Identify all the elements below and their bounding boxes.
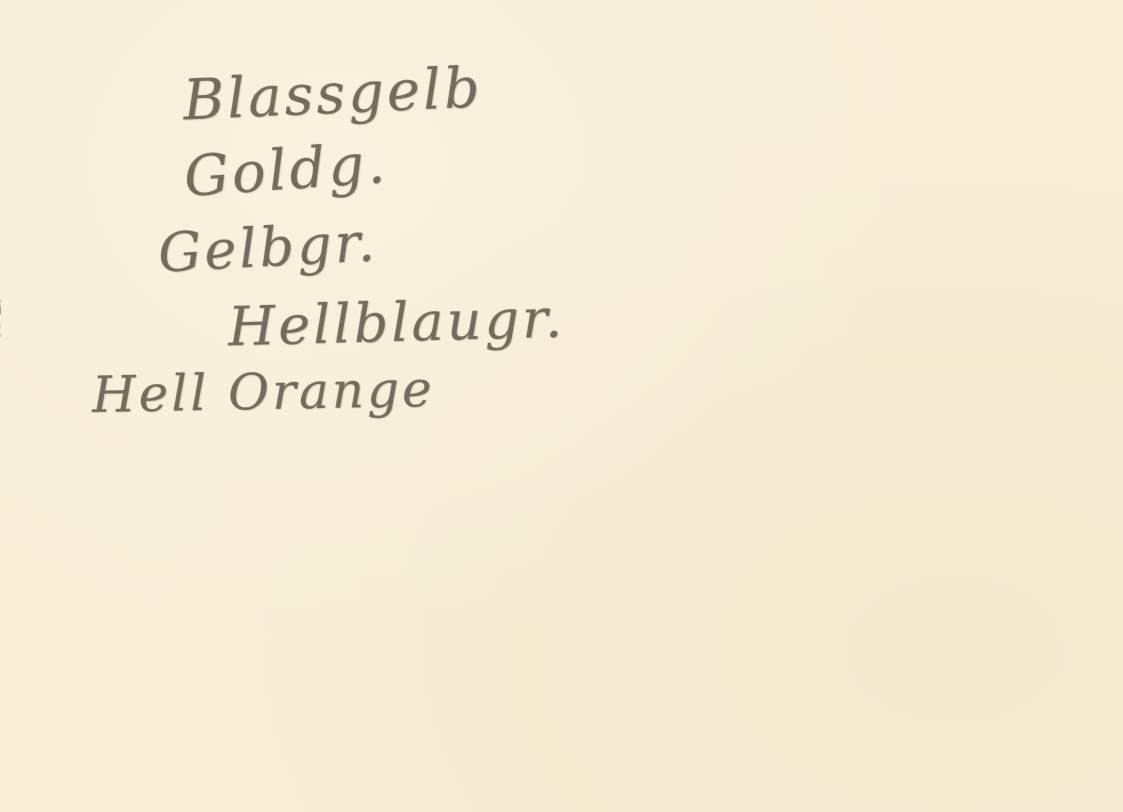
handwritten-line-goldg: Goldg.: [182, 131, 390, 210]
stray-pencil-mark-icon: [0, 298, 11, 338]
handwritten-line-hell-orange: Hell Orange: [92, 360, 436, 424]
handwritten-line-blassgelb: Blassgelb: [182, 55, 484, 133]
paper-page: Blassgelb Goldg. Gelbgr. Hellblaugr. Hel…: [0, 0, 1123, 812]
handwritten-line-hellblaugr: Hellblaugr.: [227, 287, 566, 359]
handwritten-line-gelbgr: Gelbgr.: [157, 210, 380, 284]
